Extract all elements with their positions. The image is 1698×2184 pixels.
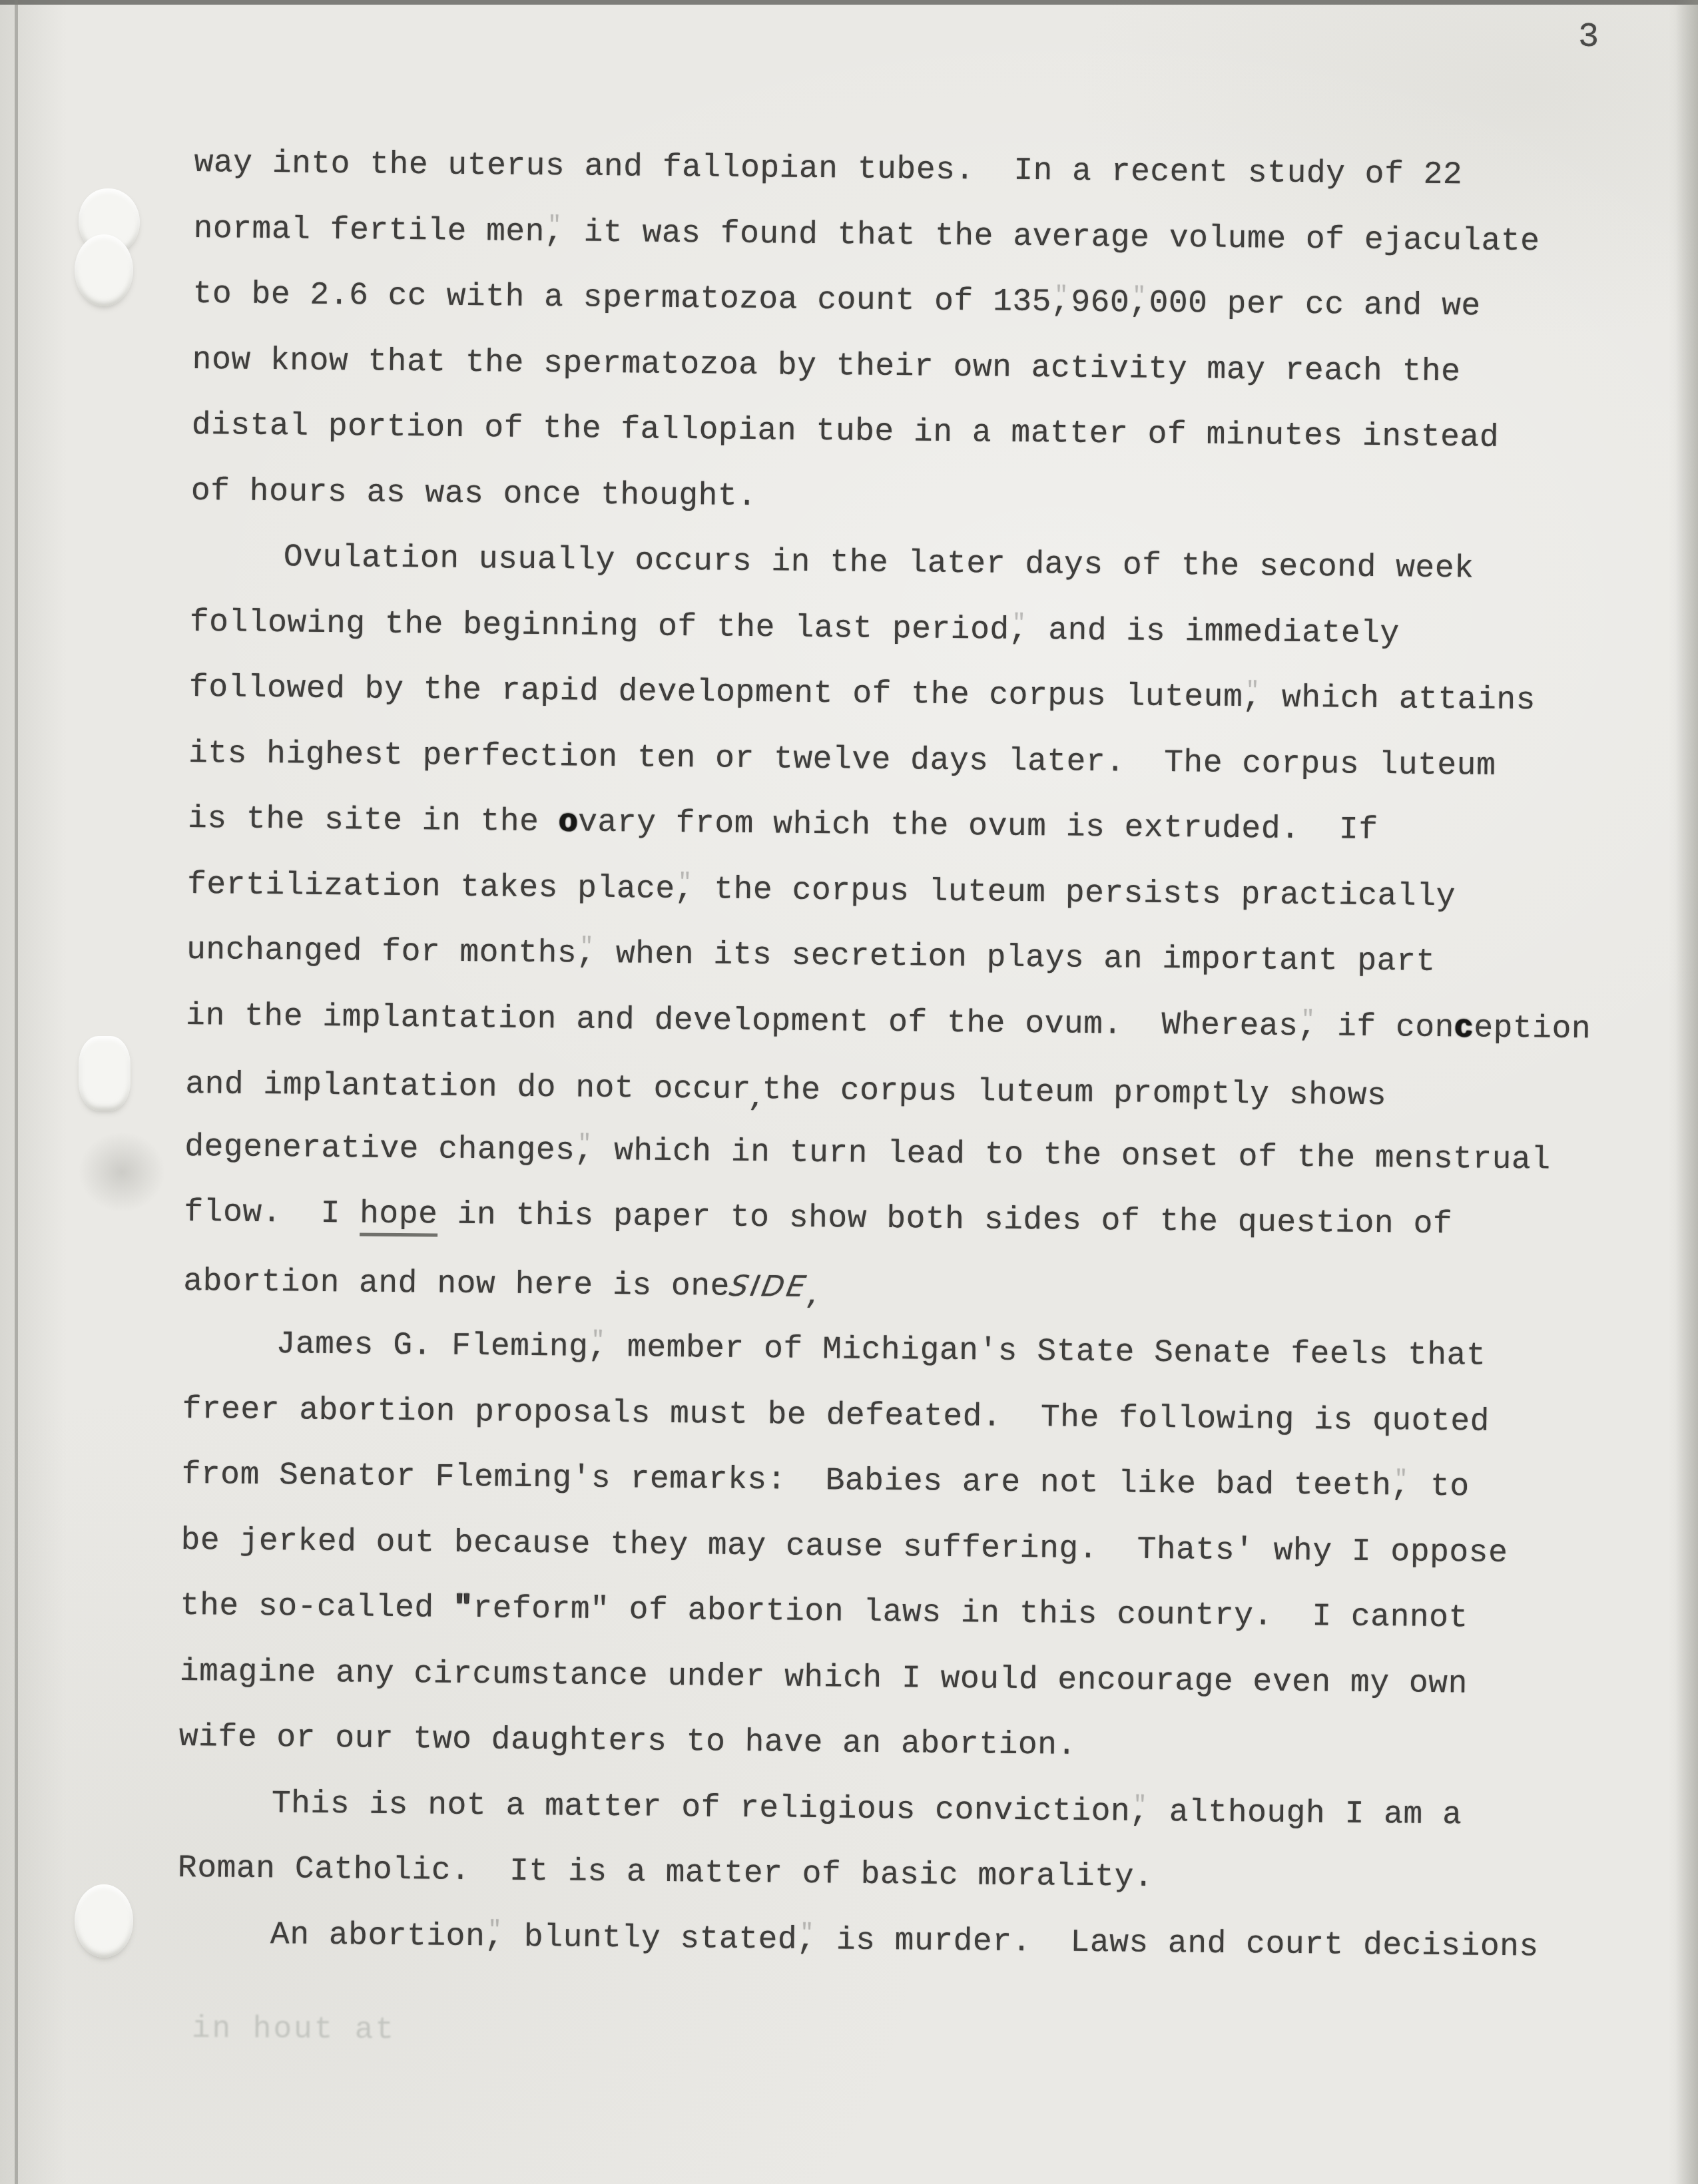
punch-hole-middle: [79, 1036, 131, 1111]
document-text: way into the uterus and fallopian tubes.…: [177, 131, 1639, 1981]
page-number: 3: [1578, 17, 1599, 57]
scan-edge-top: [0, 0, 1698, 5]
scanned-typewritten-page: { "page": { "number": "3", "ghost_text":…: [0, 0, 1698, 2184]
text-line: An abortion, bluntly stated, is murder. …: [177, 1901, 1623, 1980]
page-edge-right: [1675, 0, 1698, 2184]
punch-hole-bottom: [75, 1884, 133, 1958]
ghost-text: in hout at: [192, 2012, 396, 2047]
smudge-mark: [79, 1132, 165, 1212]
page-edge-left: [15, 0, 18, 2184]
punch-hole-top-overlap: [75, 234, 133, 306]
